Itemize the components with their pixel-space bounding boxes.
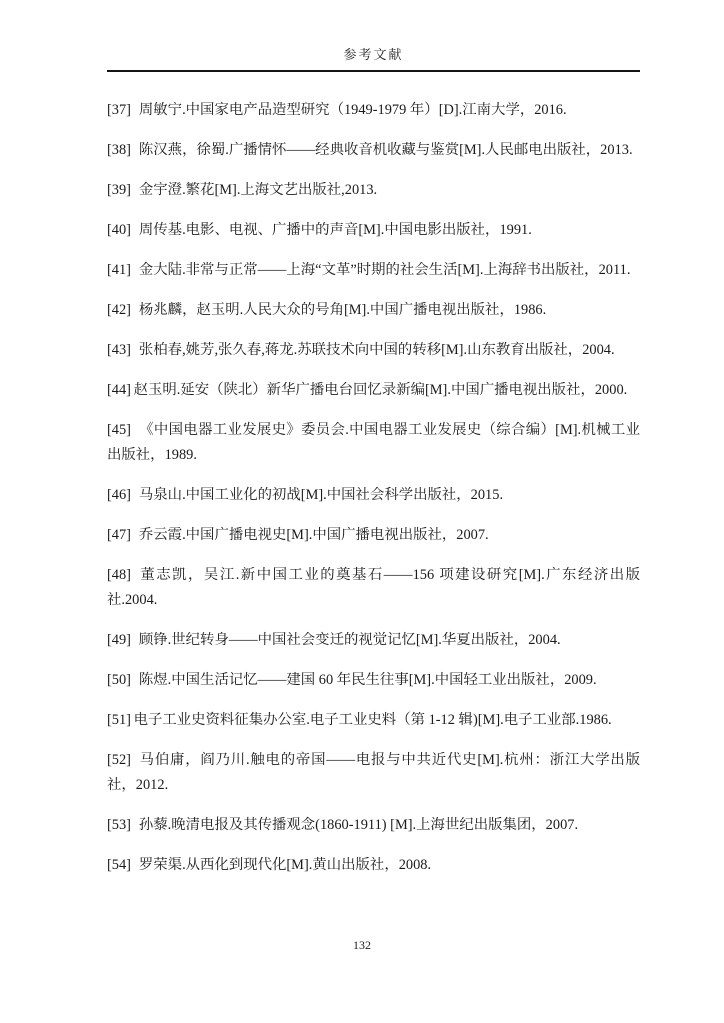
reference-text: 乔云霞.中国广播电视史[M].中国广播电视出版社，2007. — [139, 527, 489, 543]
reference-entry-51: [51]电子工业史资料征集办公室.电子工业史料（第 1-12 辑)[M].电子工… — [107, 708, 640, 733]
reference-text: 董志凯，吴江.新中国工业的奠基石——156 项建设研究[M].广东经济出版社.2… — [107, 567, 640, 608]
reference-entry-47: [47]乔云霞.中国广播电视史[M].中国广播电视出版社，2007. — [107, 523, 640, 548]
reference-entry-41: [41]金大陆.非常与正常——上海“文革”时期的社会生活[M].上海辞书出版社，… — [107, 258, 640, 283]
reference-number: [44] — [107, 382, 131, 398]
reference-text: 顾铮.世纪转身——中国社会变迁的视觉记忆[M].华夏出版社，2004. — [139, 632, 561, 648]
reference-number: [38] — [107, 142, 131, 158]
reference-text: 马伯庸，阎乃川.触电的帝国——电报与中共近代史[M].杭州：浙江大学出版社，20… — [107, 752, 640, 793]
reference-entry-37: [37]周敏宁.中国家电产品造型研究（1949-1979 年）[D].江南大学，… — [107, 98, 640, 123]
reference-entry-50: [50]陈煜.中国生活记忆——建国 60 年民生往事[M].中国轻工业出版社，2… — [107, 668, 640, 693]
reference-text: 周敏宁.中国家电产品造型研究（1949-1979 年）[D].江南大学，2016… — [139, 102, 567, 118]
reference-number: [47] — [107, 527, 131, 543]
reference-entry-38: [38]陈汉燕，徐蜀.广播情怀——经典收音机收藏与鉴赏[M].人民邮电出版社，2… — [107, 138, 640, 163]
reference-number: [53] — [107, 817, 131, 833]
reference-number: [54] — [107, 857, 131, 873]
reference-number: [39] — [107, 182, 131, 198]
reference-text: 《中国电器工业发展史》委员会.中国电器工业发展史（综合编）[M].机械工业出版社… — [107, 422, 640, 463]
reference-text: 周传基.电影、电视、广播中的声音[M].中国电影出版社，1991. — [139, 222, 532, 238]
reference-entry-40: [40]周传基.电影、电视、广播中的声音[M].中国电影出版社，1991. — [107, 218, 640, 243]
reference-number: [49] — [107, 632, 131, 648]
reference-entry-54: [54]罗荣渠.从西化到现代化[M].黄山出版社，2008. — [107, 853, 640, 878]
reference-entry-39: [39]金宇澄.繁花[M].上海文艺出版社,2013. — [107, 178, 640, 203]
reference-number: [51] — [107, 712, 131, 728]
reference-text: 电子工业史资料征集办公室.电子工业史料（第 1-12 辑)[M].电子工业部.1… — [134, 712, 612, 728]
reference-number: [48] — [107, 567, 131, 583]
reference-text: 陈汉燕，徐蜀.广播情怀——经典收音机收藏与鉴赏[M].人民邮电出版社，2013. — [139, 142, 633, 158]
page-title: 参考文献 — [107, 0, 640, 70]
reference-text: 陈煜.中国生活记忆——建国 60 年民生往事[M].中国轻工业出版社，2009. — [139, 672, 597, 688]
reference-number: [43] — [107, 342, 131, 358]
header-rule — [107, 70, 640, 72]
reference-entry-49: [49]顾铮.世纪转身——中国社会变迁的视觉记忆[M].华夏出版社，2004. — [107, 628, 640, 653]
reference-entry-53: [53]孙藜.晚清电报及其传播观念(1860-1911) [M].上海世纪出版集… — [107, 813, 640, 838]
reference-text: 金大陆.非常与正常——上海“文革”时期的社会生活[M].上海辞书出版社，2011… — [139, 262, 631, 278]
page-content: 参考文献 [37]周敏宁.中国家电产品造型研究（1949-1979 年）[D].… — [107, 0, 640, 893]
reference-text: 赵玉明.延安（陕北）新华广播电台回忆录新编[M].中国广播电视出版社，2000. — [134, 382, 628, 398]
reference-number: [52] — [107, 752, 131, 768]
reference-text: 金宇澄.繁花[M].上海文艺出版社,2013. — [139, 182, 377, 198]
reference-number: [37] — [107, 102, 131, 118]
reference-entry-44: [44]赵玉明.延安（陕北）新华广播电台回忆录新编[M].中国广播电视出版社，2… — [107, 378, 640, 403]
reference-text: 杨兆麟，赵玉明.人民大众的号角[M].中国广播电视出版社，1986. — [139, 302, 546, 318]
reference-text: 马泉山.中国工业化的初战[M].中国社会科学出版社，2015. — [139, 487, 503, 503]
reference-entry-52: [52]马伯庸，阎乃川.触电的帝国——电报与中共近代史[M].杭州：浙江大学出版… — [107, 748, 640, 798]
reference-text: 孙藜.晚清电报及其传播观念(1860-1911) [M].上海世纪出版集团，20… — [139, 817, 578, 833]
reference-entry-48: [48]董志凯，吴江.新中国工业的奠基石——156 项建设研究[M].广东经济出… — [107, 563, 640, 613]
reference-entry-42: [42]杨兆麟，赵玉明.人民大众的号角[M].中国广播电视出版社，1986. — [107, 298, 640, 323]
reference-text: 张柏春,姚芳,张久春,蒋龙.苏联技术向中国的转移[M].山东教育出版社，2004… — [139, 342, 615, 358]
reference-number: [45] — [107, 422, 131, 438]
document-page: 参考文献 [37]周敏宁.中国家电产品造型研究（1949-1979 年）[D].… — [0, 0, 724, 1023]
page-number: 132 — [0, 938, 724, 953]
reference-number: [46] — [107, 487, 131, 503]
reference-number: [40] — [107, 222, 131, 238]
reference-number: [41] — [107, 262, 131, 278]
reference-number: [50] — [107, 672, 131, 688]
reference-entry-45: [45]《中国电器工业发展史》委员会.中国电器工业发展史（综合编）[M].机械工… — [107, 418, 640, 468]
reference-entry-46: [46]马泉山.中国工业化的初战[M].中国社会科学出版社，2015. — [107, 483, 640, 508]
reference-list: [37]周敏宁.中国家电产品造型研究（1949-1979 年）[D].江南大学，… — [107, 98, 640, 878]
reference-number: [42] — [107, 302, 131, 318]
reference-text: 罗荣渠.从西化到现代化[M].黄山出版社，2008. — [139, 857, 431, 873]
reference-entry-43: [43]张柏春,姚芳,张久春,蒋龙.苏联技术向中国的转移[M].山东教育出版社，… — [107, 338, 640, 363]
